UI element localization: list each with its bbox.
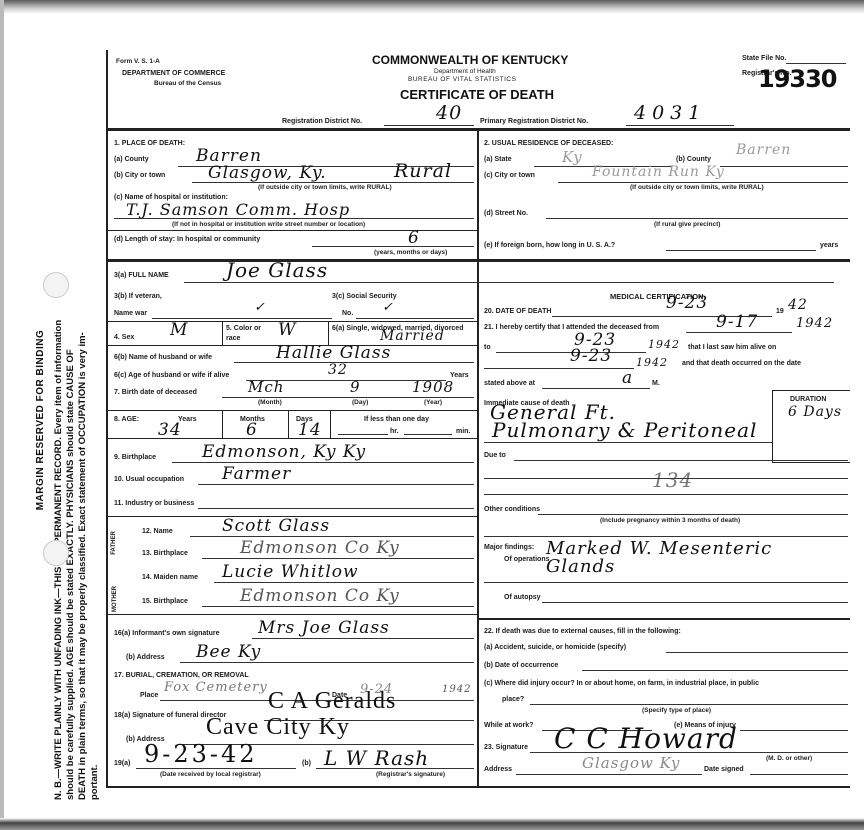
name-war-value[interactable]: ✓ (254, 300, 266, 315)
primary-district-value[interactable]: 4031 (634, 102, 706, 124)
received-line (136, 768, 296, 769)
hr-line (338, 434, 388, 435)
father-birthplace-label: 13. Birthplace (142, 550, 188, 557)
birthplace-line (172, 462, 474, 463)
birthplace-label: 9. Birthplace (114, 454, 156, 461)
dod-value[interactable]: 9-23 (666, 293, 708, 313)
punch-hole-icon (43, 272, 69, 298)
burial-heading: 17. BURIAL, CREMATION, OR REMOVAL (114, 672, 249, 679)
rule (106, 438, 477, 439)
state-file-label: State File No. (742, 55, 786, 62)
pod-rural-value[interactable]: Rural (394, 160, 452, 182)
res-street-label: (d) Street No. (484, 210, 528, 217)
address-label: Address (484, 766, 512, 773)
address-line (516, 774, 702, 775)
reg-district-value[interactable]: 40 (436, 102, 462, 124)
physician-signature[interactable]: C C Howard (554, 722, 738, 755)
cell-divider (328, 321, 329, 345)
dept-health: Department of Health (434, 68, 496, 75)
other-note: (Include pregnancy within 3 months of de… (600, 517, 740, 524)
pod-city-label: (b) City or town (114, 172, 165, 179)
occurrence-label: (b) Date of occurrence (484, 662, 558, 669)
bureau-vital: BUREAU OF VITAL STATISTICS (408, 76, 516, 83)
sex-label: 4. Sex (114, 334, 134, 341)
age-years-value[interactable]: 34 (158, 420, 182, 440)
occurred-label: and that death occurred on the date (682, 360, 801, 367)
registrar-label: (b) (302, 760, 311, 767)
scan-bottom-edge (0, 818, 864, 830)
operations-line (484, 582, 848, 583)
dod-year-value[interactable]: 42 (788, 297, 808, 313)
informant-address-value[interactable]: Bee Ky (196, 642, 261, 662)
major-label: Major findings: (484, 544, 534, 551)
ss-no-label: No. (342, 310, 353, 317)
birth-day[interactable]: 9 (350, 378, 361, 396)
last-seen-line (484, 368, 634, 369)
cause-code[interactable]: 134 (652, 468, 693, 492)
marital-value[interactable]: Married (380, 328, 445, 344)
attended-label: 21. I hereby certify that I attended the… (484, 324, 659, 331)
res-city-label: (c) City or town (484, 172, 535, 179)
father-name-line (190, 536, 474, 537)
cell-divider (222, 321, 223, 345)
occurrence-field[interactable] (582, 670, 848, 671)
due-to-line-2 (484, 478, 848, 479)
year-note: (Year) (424, 399, 442, 406)
at-work-label: While at work? (484, 722, 533, 729)
father-name-value[interactable]: Scott Glass (222, 516, 330, 536)
res-foreign-line (666, 250, 816, 251)
last-seen-value[interactable]: 9-23 (570, 346, 612, 366)
res-city-note: (If outside city or town limits, write R… (630, 184, 764, 191)
date-signed-field[interactable] (750, 774, 848, 775)
accident-field[interactable] (666, 652, 848, 653)
scan-left-edge (0, 0, 4, 830)
injury-place-note: (Specify type of place) (642, 707, 711, 714)
primary-district-label: Primary Registration District No. (480, 118, 588, 125)
separator (484, 536, 848, 537)
informant-sig-value[interactable]: Mrs Joe Glass (258, 618, 390, 638)
rule (106, 230, 477, 231)
section-rule (106, 259, 850, 262)
operations-value[interactable]: Marked W. Mesenteric Glands (546, 540, 846, 576)
pod-stay-label: (d) Length of stay: In hospital or commu… (114, 236, 260, 243)
autopsy-label: Of autopsy (504, 594, 541, 601)
spouse-age-label: 6(c) Age of husband or wife if alive (114, 372, 229, 379)
received-label: 19(a) (114, 760, 130, 767)
burial-place-label: Place (140, 692, 158, 699)
res-street-note: (If rural give precinct) (654, 221, 720, 228)
res-county-label: (b) County (676, 156, 711, 163)
mother-birthplace-value[interactable]: Edmonson Co Ky (240, 586, 400, 606)
mother-name-line (214, 582, 474, 583)
margin-line-2: should be carefully supplied. AGE should… (65, 40, 77, 800)
mother-birthplace-label: 15. Birthplace (142, 598, 188, 605)
mother-tag: MOTHER (112, 586, 118, 612)
due-to-label: Due to (484, 452, 506, 459)
injury-place-label: (c) Where did injury occur? In or about … (484, 680, 759, 687)
ss-no-value[interactable]: ✓ (382, 300, 394, 315)
to-label: to (484, 344, 491, 351)
department: DEPARTMENT OF COMMERCE (122, 70, 225, 77)
margin-title: MARGIN RESERVED FOR BINDING (35, 40, 47, 800)
birth-year[interactable]: 1908 (412, 378, 454, 396)
burial-year-value[interactable]: 1942 (442, 684, 471, 695)
autopsy-line (542, 602, 848, 603)
occupation-value[interactable]: Farmer (222, 464, 291, 484)
name-war-line (152, 318, 332, 319)
spouse-label: 6(b) Name of husband or wife (114, 354, 212, 361)
attended-to-year[interactable]: 1942 (648, 338, 680, 351)
min-line (404, 434, 452, 435)
ss-label: 3(c) Social Security (332, 293, 397, 300)
primary-district-line (626, 125, 734, 126)
birth-month[interactable]: Mch (248, 378, 284, 396)
pod-hospital-value[interactable]: T.J. Samson Comm. Hosp (126, 200, 350, 219)
certificate-title: CERTIFICATE OF DEATH (400, 87, 554, 102)
time-value[interactable]: a (622, 368, 633, 388)
time-line (542, 388, 650, 389)
age-label: 8. AGE: (114, 416, 139, 423)
dod-year-prefix: 19 (776, 308, 784, 315)
pod-stay-note: (years, months or days) (374, 249, 447, 256)
duration-box-top (772, 390, 850, 391)
registrar-number[interactable]: 19330 (758, 65, 837, 93)
injury-place-field[interactable] (530, 704, 848, 705)
res-street-line (546, 218, 848, 219)
state-file-field[interactable] (786, 63, 846, 64)
color-value[interactable]: W (278, 320, 296, 340)
pod-county-label: (a) County (114, 156, 149, 163)
mother-birthplace-line (202, 606, 474, 607)
full-name-value[interactable]: Joe Glass (226, 258, 328, 282)
color-label: 5. Color or race (226, 324, 266, 344)
director-sig-value[interactable]: C A Geralds (268, 688, 396, 715)
md-note: (M. D. or other) (766, 755, 812, 762)
column-divider (477, 130, 479, 788)
injury-place-q: place? (502, 696, 524, 703)
name-war-label: Name war (114, 310, 147, 317)
registrar-note: (Registrar's signature) (376, 771, 445, 778)
due-to-line-3 (484, 494, 848, 495)
mother-name-label: 14. Maiden name (142, 574, 198, 581)
duration-box-bottom (772, 462, 850, 463)
industry-label: 11. Industry or business (114, 500, 194, 507)
means-field[interactable] (740, 730, 848, 731)
section-rule (479, 618, 850, 620)
bureau: Bureau of the Census (154, 80, 221, 87)
m-label: M. (652, 380, 660, 387)
informant-sig-line (252, 638, 474, 639)
reg-district-line (384, 125, 474, 126)
father-birthplace-line (202, 558, 474, 559)
rule (106, 614, 477, 615)
informant-address-line (180, 662, 474, 663)
cell-divider (288, 410, 289, 438)
margin-line-3: DEATH in plain terms, so that it may be … (77, 40, 89, 800)
pod-stay-value[interactable]: 6 (408, 228, 420, 248)
form-number: Form V. S. 1-A (116, 58, 160, 65)
day-note: (Day) (352, 399, 368, 406)
hr-label: hr. (390, 428, 399, 435)
reg-district-label: Registration District No. (282, 118, 362, 125)
veteran-label: 3(b) If veteran, (114, 293, 162, 300)
full-name-line (184, 282, 834, 283)
res-county-line (720, 166, 848, 167)
birth-line (222, 397, 474, 398)
min-label: min. (456, 428, 470, 435)
less-day-label: If less than one day (364, 416, 429, 423)
margin-line-1: N. B.—WRITE PLAINLY WITH UNFADING INK—TH… (53, 40, 65, 800)
industry-line (198, 508, 474, 509)
place-of-death-heading: 1. PLACE OF DEATH: (114, 140, 185, 147)
duration-box-left (772, 390, 773, 462)
margin-line-4: portant. (89, 40, 101, 800)
spouse-age-value[interactable]: 32 (328, 362, 348, 378)
dod-label: 20. DATE OF DEATH (484, 308, 551, 315)
age-days-value[interactable]: 14 (298, 420, 322, 440)
occupation-line (198, 484, 474, 485)
res-foreign-label: (e) If foreign born, how long in U. S. A… (484, 242, 615, 249)
birthplace-value[interactable]: Edmonson, Ky Ky (202, 442, 366, 462)
last-seen-label: that I last saw him alive on (688, 344, 776, 351)
res-city-line (558, 182, 848, 183)
stated-label: stated above at (484, 380, 535, 387)
pod-hospital-note: (If not in hospital or institution write… (172, 221, 365, 228)
residence-heading: 2. USUAL RESIDENCE OF DECEASED: (484, 140, 613, 147)
registrar-sig-value[interactable]: L W Rash (324, 746, 429, 770)
received-note: (Date received by local registrar) (160, 771, 261, 778)
death-certificate: Form V. S. 1-A DEPARTMENT OF COMMERCE Bu… (106, 50, 852, 788)
occupation-label: 10. Usual occupation (114, 476, 184, 483)
spouse-value[interactable]: Hallie Glass (276, 343, 391, 363)
res-state-value[interactable]: Ky (562, 148, 583, 166)
state-name: COMMONWEALTH OF KENTUCKY (372, 53, 568, 67)
month-note: (Month) (258, 399, 282, 406)
other-line (538, 514, 848, 515)
ss-no-line (356, 318, 474, 319)
pod-stay-line (312, 246, 474, 247)
last-seen-year[interactable]: 1942 (636, 356, 668, 369)
father-birthplace-value[interactable]: Edmonson Co Ky (240, 538, 400, 558)
attended-from-value[interactable]: 9-17 (716, 312, 758, 332)
sex-value[interactable]: M (170, 320, 188, 340)
cause-line-2[interactable]: Pulmonary & Peritoneal (492, 418, 757, 442)
external-heading: 22. If death was due to external causes,… (484, 628, 681, 635)
scan-top-edge (0, 0, 864, 14)
res-state-label: (a) State (484, 156, 512, 163)
res-city-value[interactable]: Fountain Run Ky (592, 164, 725, 180)
father-tag: FATHER (111, 531, 117, 555)
age-months-value[interactable]: 6 (246, 420, 258, 440)
physician-address[interactable]: Glasgow Ky (582, 754, 680, 772)
res-county-value[interactable]: Barren (736, 142, 791, 158)
received-value[interactable]: 9-23-42 (144, 740, 258, 768)
punch-hole-icon (43, 540, 69, 566)
informant-address-label: (b) Address (126, 654, 165, 661)
other-label: Other conditions (484, 506, 540, 513)
binding-margin: MARGIN RESERVED FOR BINDING N. B.—WRITE … (25, 40, 105, 800)
mother-name-value[interactable]: Lucie Whitlow (222, 562, 359, 582)
full-name-label: 3(a) FULL NAME (114, 272, 169, 279)
frame-left (106, 50, 108, 788)
cell-divider (222, 410, 223, 438)
birth-label: 7. Birth date of deceased (114, 389, 197, 396)
father-name-label: 12. Name (142, 528, 173, 535)
informant-sig-label: 16(a) Informant's own signature (114, 630, 220, 637)
rule (106, 410, 477, 411)
due-to-line (514, 460, 848, 461)
duration-value[interactable]: 6 Days (788, 404, 842, 420)
attended-from-year[interactable]: 1942 (796, 316, 833, 331)
burial-place-value[interactable]: Fox Cemetery (164, 680, 268, 695)
date-signed-label: Date signed (704, 766, 744, 773)
pod-city-note: (If outside city or town limits, write R… (258, 184, 392, 191)
res-years-label: years (820, 242, 838, 249)
duration-label: DURATION (790, 396, 826, 403)
pod-city-value[interactable]: Glasgow, Ky. (208, 163, 327, 183)
attended-from-line (686, 332, 792, 333)
cell-divider (330, 410, 331, 438)
director-address-value[interactable]: Cave City Ky (206, 714, 350, 741)
operations-label: Of operations (504, 556, 550, 563)
accident-label: (a) Accident, suicide, or homicide (spec… (484, 644, 626, 651)
cause-line (484, 442, 772, 443)
signature-label: 23. Signature (484, 744, 528, 751)
